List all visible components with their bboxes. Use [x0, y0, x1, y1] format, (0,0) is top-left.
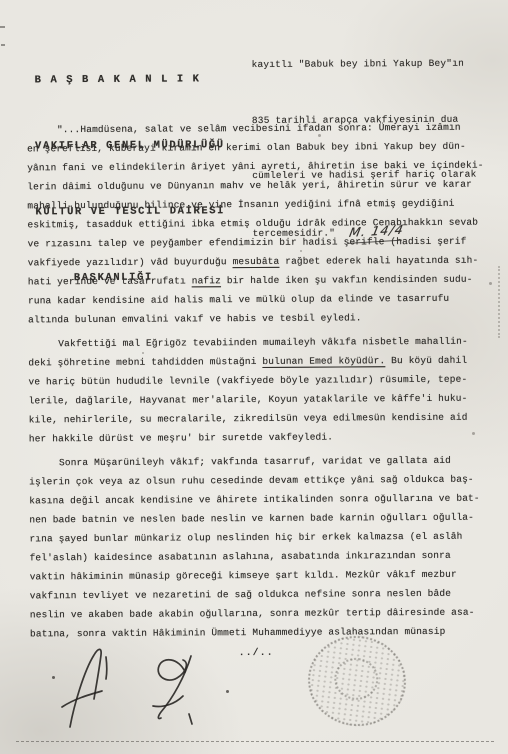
body-line: kile, nehirlerile, su mecralarile, zikre…: [29, 408, 491, 430]
typed-content: B A Ş B A K A N L I K VAKIFLAR GENEL MÜD…: [0, 0, 508, 754]
scan-noise: [489, 282, 492, 285]
scan-edge-mark: [0, 26, 5, 28]
paragraph: Sonra Müşarünileyh vâkıf; vakfında tasar…: [29, 451, 492, 644]
scan-noise: [300, 250, 302, 252]
scan-noise: [318, 134, 321, 137]
document-body: "...Hamdüsena, salat ve selâm vecibesini…: [27, 118, 492, 644]
scan-fold-line: [16, 741, 494, 742]
body-line: her hakkile dürüst ve meşru' bir suretde…: [29, 427, 491, 449]
letterhead-line-basbakanlik: B A Ş B A K A N L I K: [35, 68, 225, 91]
ink-dot: [226, 690, 229, 693]
body-line: altında bulunan emvalini vakıf ve habis …: [28, 308, 490, 330]
signature-scribble-1: [58, 643, 128, 733]
scan-smudge: [498, 266, 500, 338]
registration-note-line: kayıtlı "Babuk bey ibni Yakup Bey"ın: [251, 55, 475, 75]
paragraph: Vakfettiği mal Eğrigöz tevabiinden mumai…: [28, 332, 491, 449]
scanned-document-page: B A Ş B A K A N L I K VAKIFLAR GENEL MÜD…: [0, 0, 508, 754]
body-line: runa kadar kendisine aid halis mali ve m…: [28, 289, 490, 311]
paragraph: "...Hamdüsena, salat ve selâm vecibesini…: [27, 118, 490, 330]
scan-noise: [58, 520, 60, 522]
ink-dot: [52, 676, 55, 679]
scan-edge-mark: [1, 44, 5, 46]
body-line: batına, sonra vaktin Hâkiminin Ümmeti Mu…: [30, 622, 492, 644]
signature-scribble-2: [145, 650, 215, 735]
scan-noise: [472, 432, 475, 435]
scan-noise: [142, 352, 144, 354]
